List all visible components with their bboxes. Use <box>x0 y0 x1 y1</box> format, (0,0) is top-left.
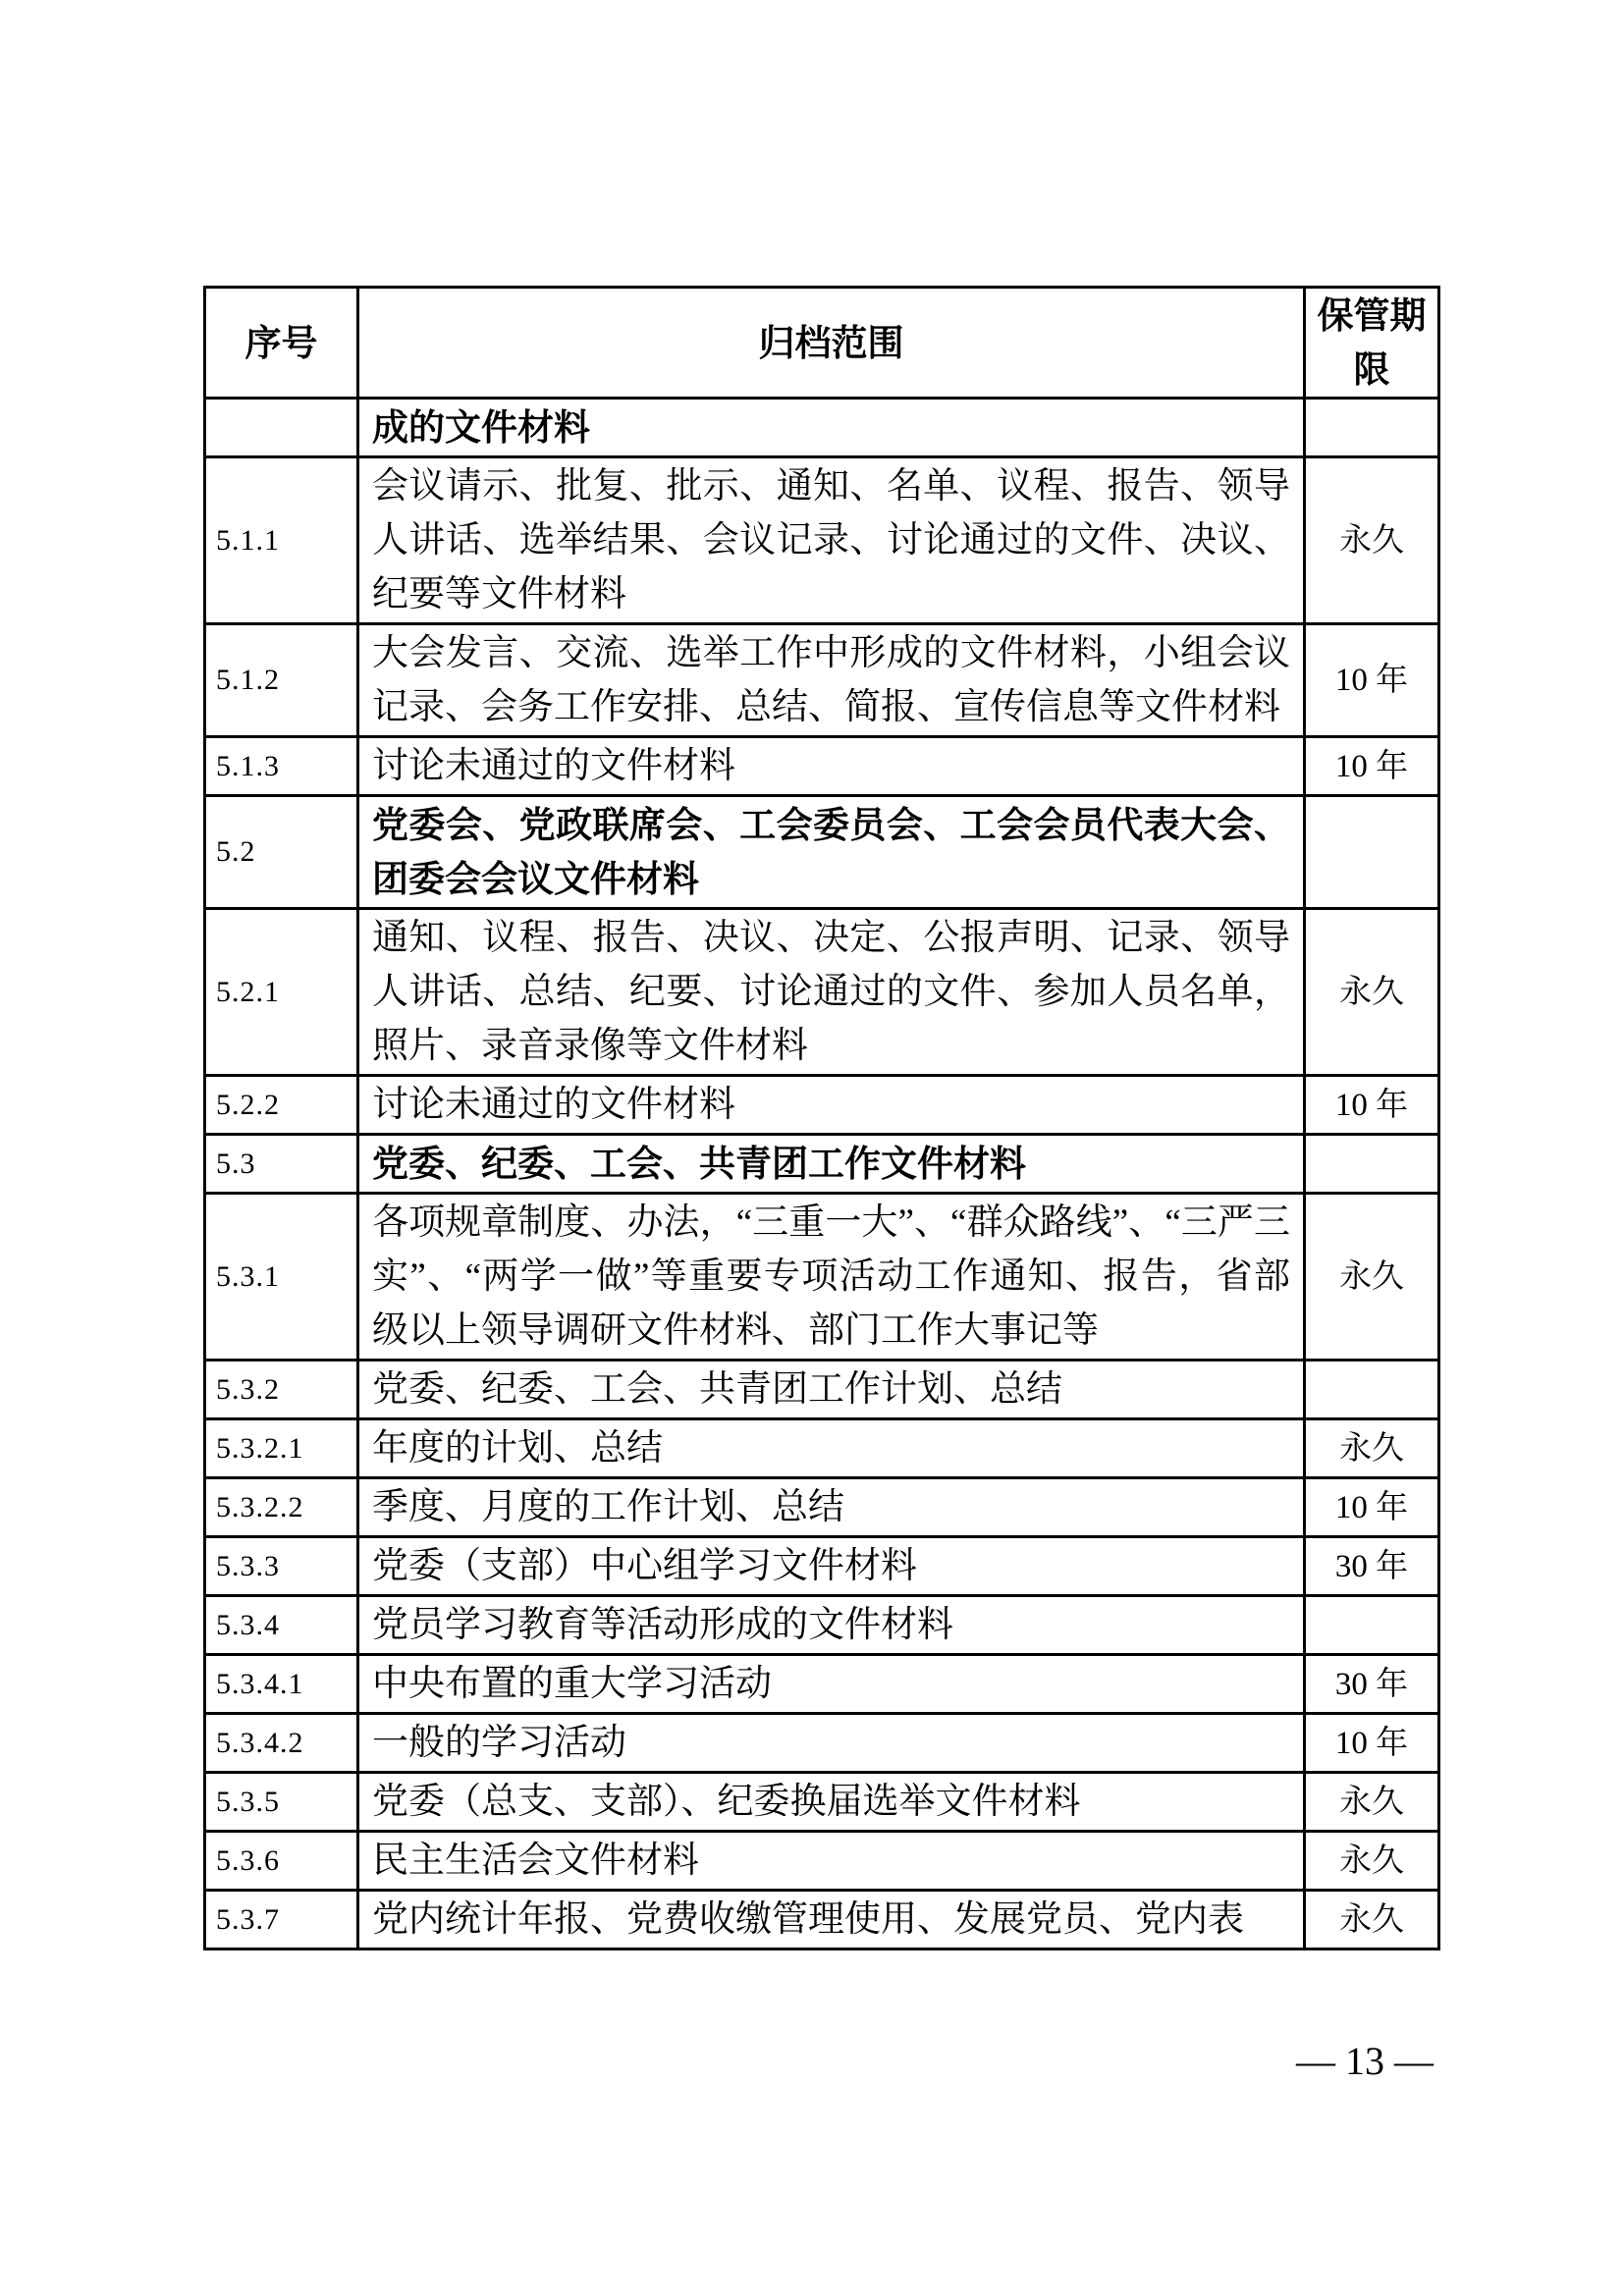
row-scope: 党员学习教育等活动形成的文件材料 <box>358 1596 1305 1655</box>
row-scope: 季度、月度的工作计划、总结 <box>358 1478 1305 1537</box>
table-row: 5.3.2.2 季度、月度的工作计划、总结 10 年 <box>205 1478 1439 1537</box>
row-id: 5.3.2.1 <box>205 1419 358 1478</box>
row-retention: 10 年 <box>1305 737 1439 796</box>
row-id: 5.1.3 <box>205 737 358 796</box>
row-retention: 10 年 <box>1305 1478 1439 1537</box>
row-retention <box>1305 1596 1439 1655</box>
row-retention: 永久 <box>1305 909 1439 1076</box>
row-id: 5.3 <box>205 1135 358 1194</box>
row-scope: 中央布置的重大学习活动 <box>358 1655 1305 1714</box>
table-row: 5.1.1 会议请示、批复、批示、通知、名单、议程、报告、领导人讲话、选举结果、… <box>205 457 1439 624</box>
table-row: 5.2.2 讨论未通过的文件材料 10 年 <box>205 1076 1439 1135</box>
row-id: 5.2 <box>205 796 358 909</box>
row-scope: 党内统计年报、党费收缴管理使用、发展党员、党内表 <box>358 1891 1305 1949</box>
row-retention: 永久 <box>1305 1419 1439 1478</box>
row-id <box>205 399 358 457</box>
row-retention <box>1305 796 1439 909</box>
table-row: 5.3.4 党员学习教育等活动形成的文件材料 <box>205 1596 1439 1655</box>
table-header-row: 序号 归档范围 保管期限 <box>205 288 1439 399</box>
table-row: 5.1.2 大会发言、交流、选举工作中形成的文件材料，小组会议记录、会务工作安排… <box>205 624 1439 737</box>
row-id: 5.1.1 <box>205 457 358 624</box>
column-header-scope: 归档范围 <box>358 288 1305 399</box>
row-retention: 10 年 <box>1305 1076 1439 1135</box>
row-scope: 民主生活会文件材料 <box>358 1832 1305 1891</box>
row-retention: 永久 <box>1305 457 1439 624</box>
row-id: 5.3.2.2 <box>205 1478 358 1537</box>
row-retention: 永久 <box>1305 1891 1439 1949</box>
row-scope: 会议请示、批复、批示、通知、名单、议程、报告、领导人讲话、选举结果、会议记录、讨… <box>358 457 1305 624</box>
table-row: 5.3.3 党委（支部）中心组学习文件材料 30 年 <box>205 1537 1439 1596</box>
row-retention: 30 年 <box>1305 1655 1439 1714</box>
row-scope: 党委、纪委、工会、共青团工作计划、总结 <box>358 1361 1305 1419</box>
row-id: 5.3.4.2 <box>205 1714 358 1773</box>
table-row: 5.3.7 党内统计年报、党费收缴管理使用、发展党员、党内表 永久 <box>205 1891 1439 1949</box>
table-row: 5.3.4.1 中央布置的重大学习活动 30 年 <box>205 1655 1439 1714</box>
row-id: 5.2.1 <box>205 909 358 1076</box>
row-retention: 30 年 <box>1305 1537 1439 1596</box>
column-header-id: 序号 <box>205 288 358 399</box>
table-row: 成的文件材料 <box>205 399 1439 457</box>
table-row: 5.3.4.2 一般的学习活动 10 年 <box>205 1714 1439 1773</box>
table-row: 5.3.5 党委（总支、支部）、纪委换届选举文件材料 永久 <box>205 1773 1439 1832</box>
column-header-retention: 保管期限 <box>1305 288 1439 399</box>
document-page: 序号 归档范围 保管期限 成的文件材料 5.1.1 会议请示、批复、批示、通知、… <box>0 0 1624 2296</box>
row-id: 5.3.3 <box>205 1537 358 1596</box>
row-retention: 10 年 <box>1305 1714 1439 1773</box>
row-scope: 一般的学习活动 <box>358 1714 1305 1773</box>
row-scope: 讨论未通过的文件材料 <box>358 1076 1305 1135</box>
table-row: 5.2 党委会、党政联席会、工会委员会、工会会员代表大会、团委会会议文件材料 <box>205 796 1439 909</box>
row-id: 5.3.5 <box>205 1773 358 1832</box>
row-scope: 通知、议程、报告、决议、决定、公报声明、记录、领导人讲话、总结、纪要、讨论通过的… <box>358 909 1305 1076</box>
row-id: 5.3.4.1 <box>205 1655 358 1714</box>
row-scope: 各项规章制度、办法，“三重一大”、“群众路线”、“三严三实”、“两学一做”等重要… <box>358 1194 1305 1361</box>
table-row: 5.3.2.1 年度的计划、总结 永久 <box>205 1419 1439 1478</box>
row-scope: 党委会、党政联席会、工会委员会、工会会员代表大会、团委会会议文件材料 <box>358 796 1305 909</box>
row-scope: 成的文件材料 <box>358 399 1305 457</box>
row-scope: 年度的计划、总结 <box>358 1419 1305 1478</box>
row-retention: 10 年 <box>1305 624 1439 737</box>
row-retention <box>1305 1361 1439 1419</box>
row-scope: 党委（总支、支部）、纪委换届选举文件材料 <box>358 1773 1305 1832</box>
row-retention: 永久 <box>1305 1194 1439 1361</box>
row-retention <box>1305 399 1439 457</box>
row-id: 5.1.2 <box>205 624 358 737</box>
row-id: 5.3.6 <box>205 1832 358 1891</box>
table-row: 5.3 党委、纪委、工会、共青团工作文件材料 <box>205 1135 1439 1194</box>
page-number: — 13 — <box>1296 2038 1434 2085</box>
table-row: 5.3.1 各项规章制度、办法，“三重一大”、“群众路线”、“三严三实”、“两学… <box>205 1194 1439 1361</box>
row-id: 5.3.7 <box>205 1891 358 1949</box>
row-scope: 党委（支部）中心组学习文件材料 <box>358 1537 1305 1596</box>
row-id: 5.2.2 <box>205 1076 358 1135</box>
row-scope: 讨论未通过的文件材料 <box>358 737 1305 796</box>
row-retention: 永久 <box>1305 1832 1439 1891</box>
table-row: 5.3.2 党委、纪委、工会、共青团工作计划、总结 <box>205 1361 1439 1419</box>
row-retention: 永久 <box>1305 1773 1439 1832</box>
table-row: 5.1.3 讨论未通过的文件材料 10 年 <box>205 737 1439 796</box>
table-row: 5.2.1 通知、议程、报告、决议、决定、公报声明、记录、领导人讲话、总结、纪要… <box>205 909 1439 1076</box>
archive-table: 序号 归档范围 保管期限 成的文件材料 5.1.1 会议请示、批复、批示、通知、… <box>203 286 1440 1950</box>
row-id: 5.3.2 <box>205 1361 358 1419</box>
row-scope: 党委、纪委、工会、共青团工作文件材料 <box>358 1135 1305 1194</box>
row-retention <box>1305 1135 1439 1194</box>
row-scope: 大会发言、交流、选举工作中形成的文件材料，小组会议记录、会务工作安排、总结、简报… <box>358 624 1305 737</box>
row-id: 5.3.4 <box>205 1596 358 1655</box>
row-id: 5.3.1 <box>205 1194 358 1361</box>
table-row: 5.3.6 民主生活会文件材料 永久 <box>205 1832 1439 1891</box>
